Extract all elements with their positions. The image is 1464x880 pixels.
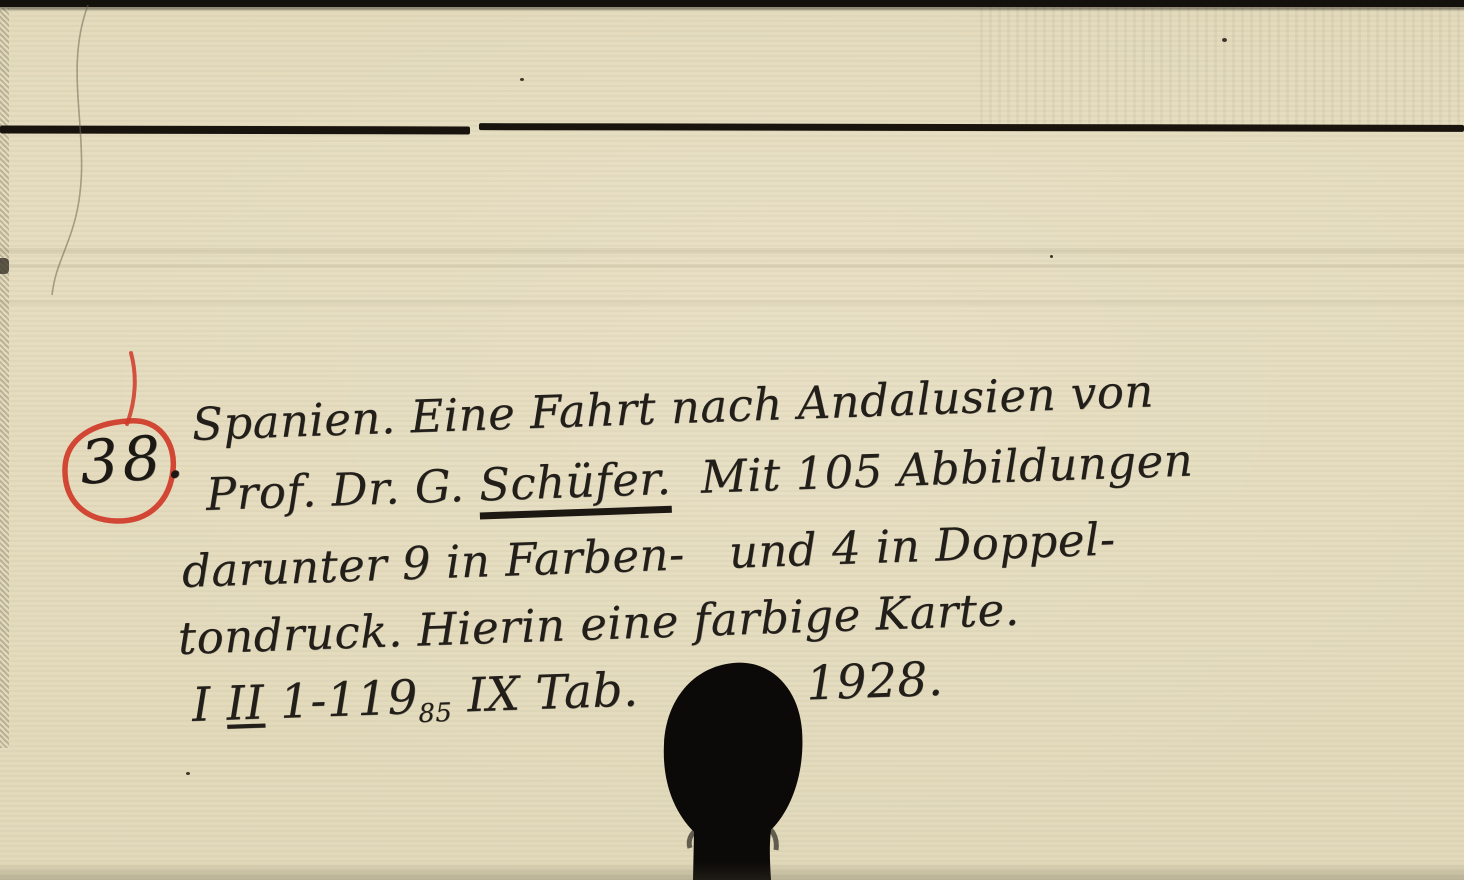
catalog-card: 38. Spanien. Eine Fahrt nach Andalusien … xyxy=(0,0,1464,880)
author-prefix: Prof. Dr. G. xyxy=(205,458,480,521)
shelfmark-volume-ii: II xyxy=(225,675,265,731)
shelfmark-pages: 1-119 xyxy=(264,670,419,730)
card-bottom-shadow xyxy=(0,862,1464,880)
year: 1928. xyxy=(805,652,944,712)
shelfmark-pages-subscript: 85 xyxy=(418,698,453,729)
handwritten-line-author: Prof. Dr. G. Schüfer. Mit 105 Abbildunge… xyxy=(205,434,1194,521)
handwritten-line-title: Spanien. Eine Fahrt nach Andalusien von xyxy=(191,364,1155,451)
shelfmark-plates: IX Tab. xyxy=(451,662,639,723)
author-name-underlined: Schüfer. xyxy=(478,452,672,520)
illustrations-note: Mit 105 Abbildungen xyxy=(670,434,1194,505)
handwritten-line-shelfmark: I II 1-11985 IX Tab.1928. xyxy=(191,652,944,737)
shelfmark-volume-i: I xyxy=(191,677,227,733)
handwritten-text: Spanien. Eine Fahrt nach Andalusien von … xyxy=(0,0,1464,880)
